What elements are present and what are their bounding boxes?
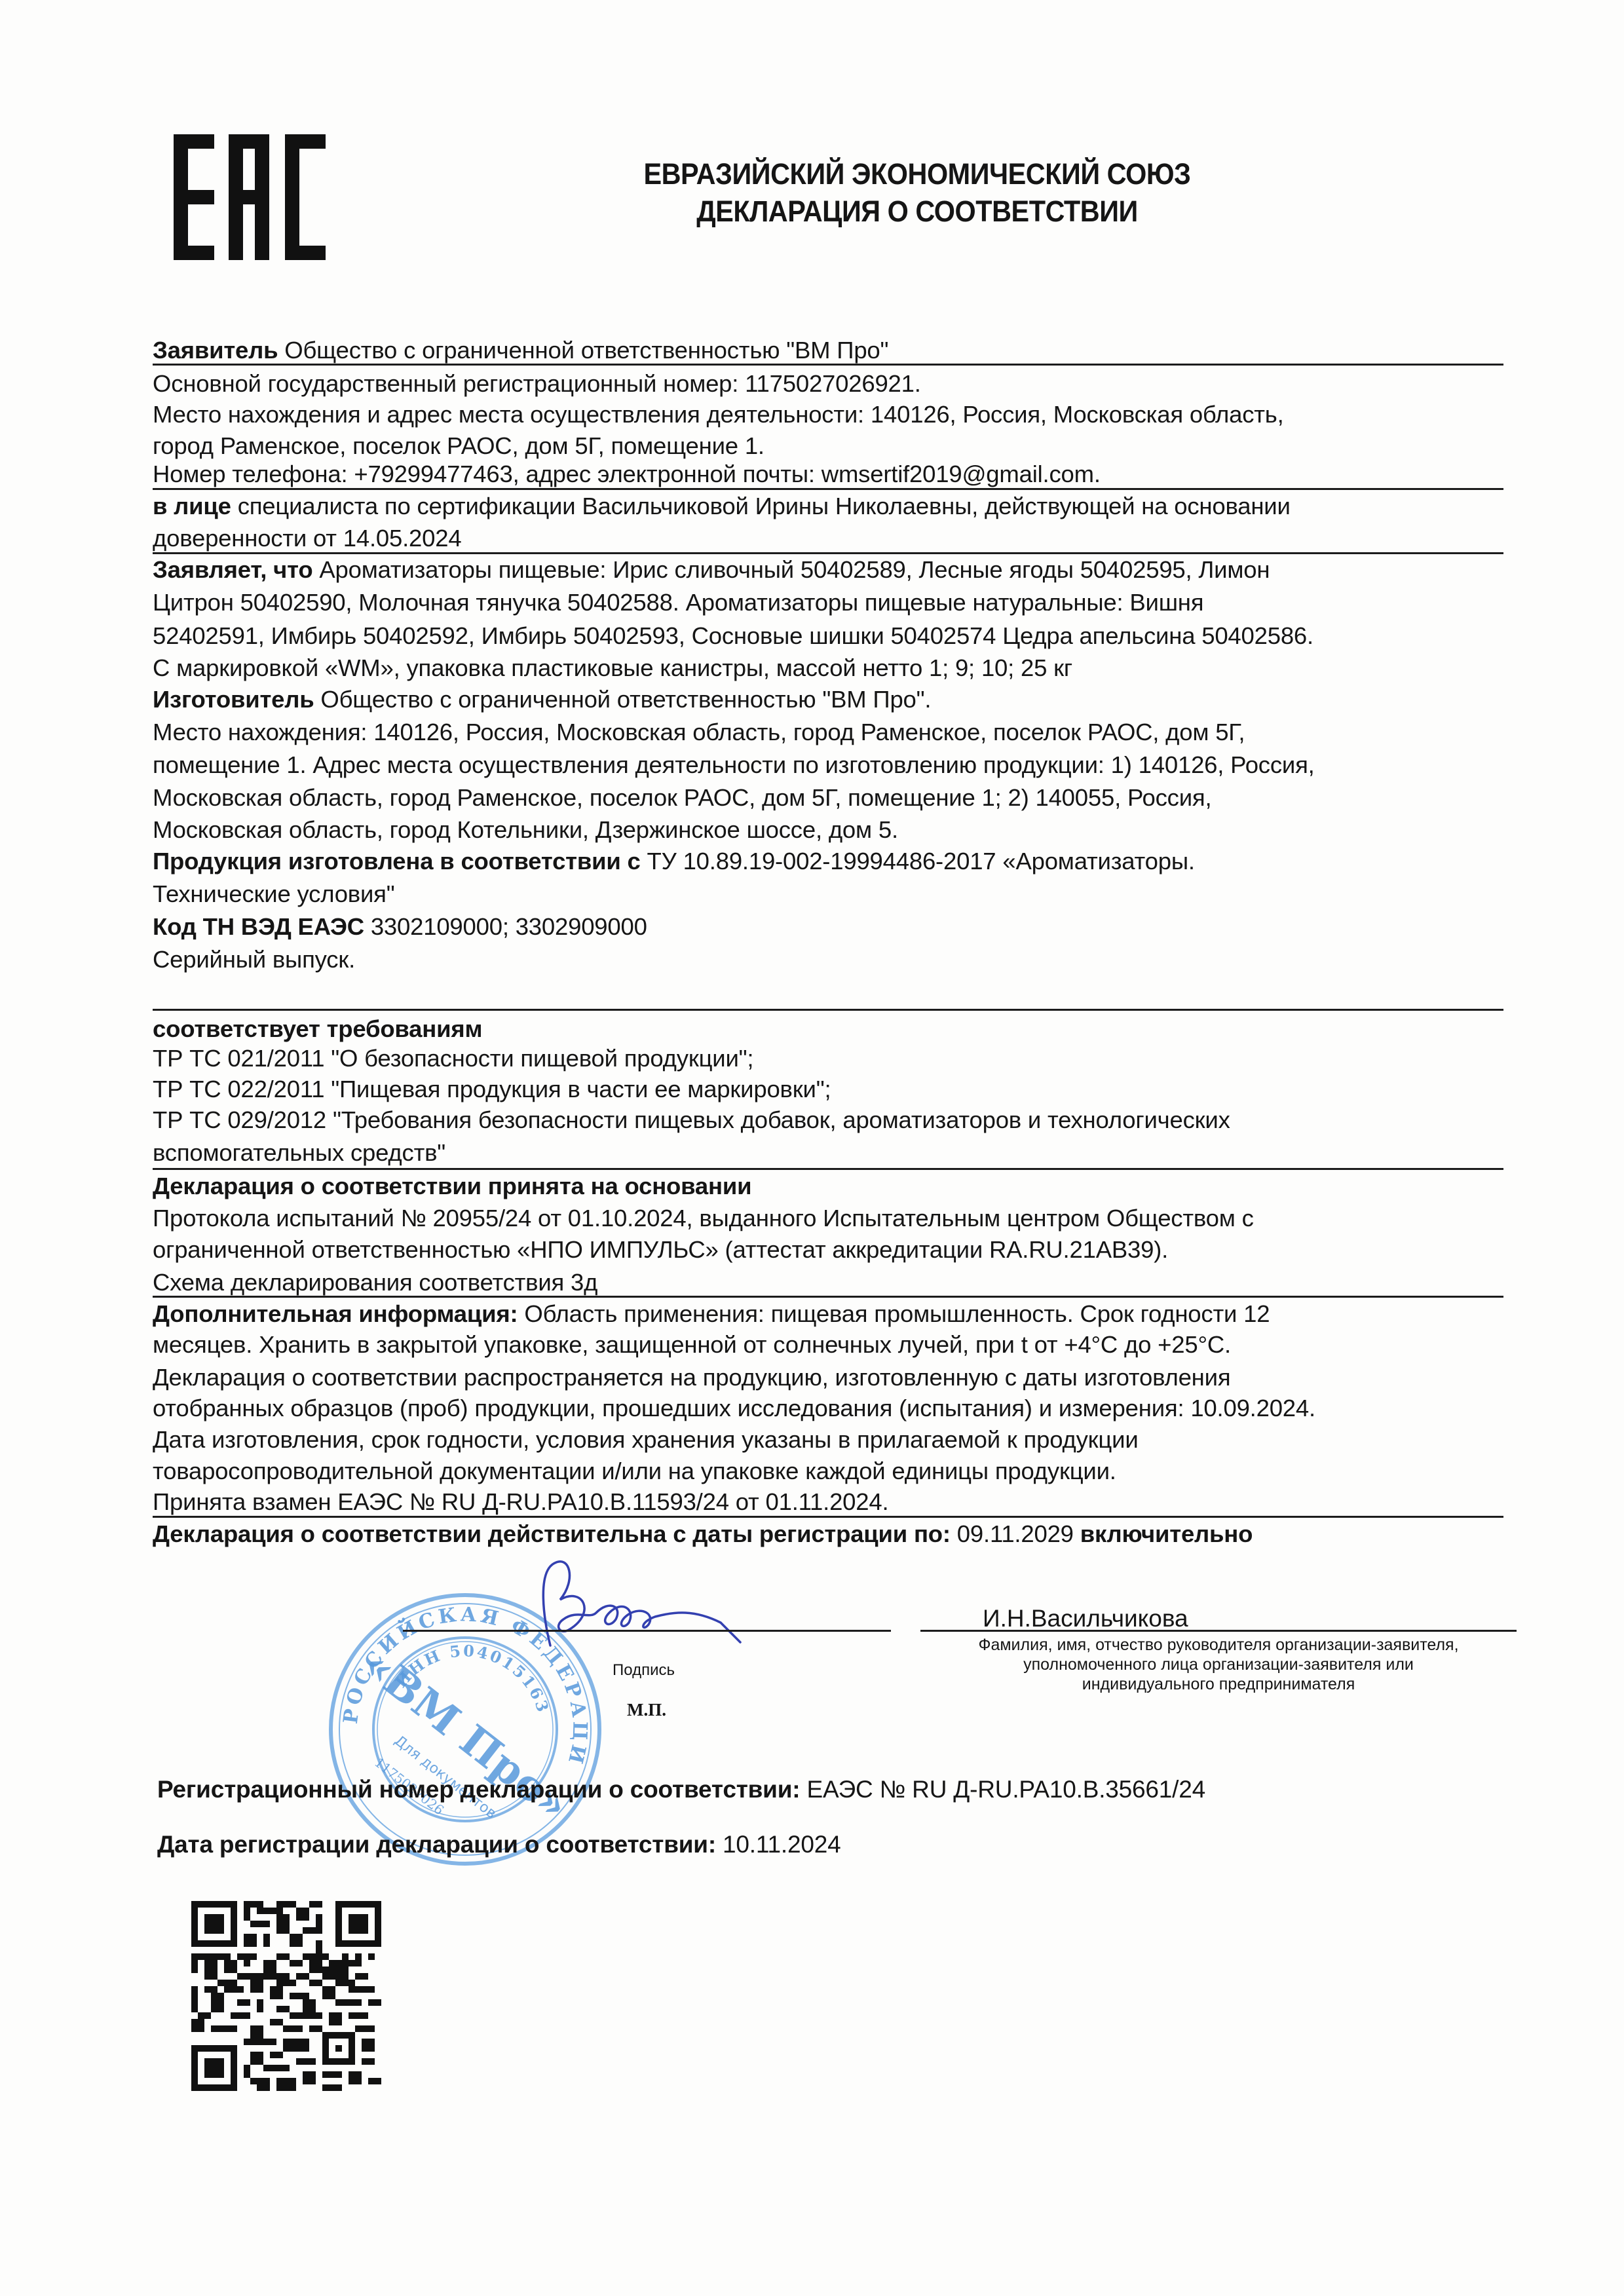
declares-label: Заявляет, что (153, 556, 312, 583)
applicant-label: Заявитель (153, 337, 278, 364)
signature-caption: Подпись (613, 1663, 675, 1678)
additional-line-2: месяцев. Хранить в закрытой упаковке, за… (153, 1333, 1231, 1357)
applicant-contacts: Номер телефона: +79299477463, адрес элек… (153, 462, 1101, 487)
hs-code-row: Код ТН ВЭД ЕАЭС 3302109000; 3302909000 (153, 915, 647, 939)
hs-code-value: 3302109000; 3302909000 (364, 913, 647, 940)
additional-line-4: отобранных образцов (проб) продукции, пр… (153, 1397, 1315, 1421)
document-title: ДЕКЛАРАЦИЯ О СООТВЕТСТВИИ (567, 195, 1266, 229)
manufacturer-address-4: Московская область, город Котельники, Дз… (153, 818, 898, 842)
standard-row: Продукция изготовлена в соответствии с Т… (153, 850, 1195, 874)
divider (153, 552, 1503, 554)
additional-line-6: товаросопроводительной документации и/ил… (153, 1459, 1116, 1484)
applicant-ogrn: Основной государственный регистрационный… (153, 372, 921, 396)
registration-date-label: Дата регистрации декларации о соответств… (157, 1831, 716, 1858)
signer-name: И.Н.Васильчикова (983, 1605, 1188, 1632)
representative-line2: доверенности от 14.05.2024 (153, 527, 461, 551)
hs-code-label: Код ТН ВЭД ЕАЭС (153, 913, 364, 940)
manufacturer-row: Изготовитель Общество с ограниченной отв… (153, 688, 931, 712)
registration-number-label: Регистрационный номер декларации о соотв… (157, 1776, 800, 1803)
requirement-item-1: ТР ТС 021/2011 "О безопасности пищевой п… (153, 1047, 753, 1071)
additional-label: Дополнительная информация: (153, 1300, 518, 1327)
signer-name-line (920, 1630, 1517, 1632)
additional-line-5: Дата изготовления, срок годности, услови… (153, 1428, 1139, 1452)
registration-number-value: ЕАЭС № RU Д-RU.РА10.В.35661/24 (800, 1776, 1205, 1803)
declaration-scheme: Схема декларирования соответствия 3д (153, 1271, 597, 1295)
applicant-address-line2: город Раменское, поселок РАОС, дом 5Г, п… (153, 434, 765, 459)
release-type: Серийный выпуск. (153, 948, 355, 972)
manufacturer-label: Изготовитель (153, 686, 314, 713)
qr-code-icon[interactable] (191, 1901, 381, 2091)
additional-line-3: Декларация о соответствии распространяет… (153, 1366, 1230, 1390)
signer-caption: Фамилия, имя, отчество руководителя орга… (920, 1635, 1517, 1694)
seal-place-caption: М.П. (627, 1700, 666, 1720)
registration-date-row: Дата регистрации декларации о соответств… (157, 1832, 840, 1856)
divider (153, 488, 1503, 490)
declares-line-4: С маркировкой «WM», упаковка пластиковые… (153, 656, 1072, 681)
validity-suffix: включительно (1074, 1520, 1253, 1547)
applicant-name: Общество с ограниченной ответственностью… (278, 337, 888, 364)
declares-line-1: Заявляет, что Ароматизаторы пищевые: Ири… (153, 558, 1270, 582)
validity-date: 09.11.2029 (951, 1520, 1074, 1547)
declares-line-2: Цитрон 50402590, Молочная тянучка 504025… (153, 591, 1203, 615)
requirement-item-3: ТР ТС 029/2012 "Требования безопасности … (153, 1108, 1230, 1133)
standard-value: ТУ 10.89.19-002-19994486-2017 «Ароматиза… (641, 848, 1195, 875)
registration-number-row: Регистрационный номер декларации о соотв… (157, 1777, 1205, 1801)
requirement-item-2: ТР ТС 022/2011 "Пищевая продукция в част… (153, 1078, 831, 1102)
declares-line-3: 52402591, Имбирь 50402592, Имбирь 504025… (153, 624, 1313, 649)
eac-logo-icon (174, 134, 326, 260)
divider (153, 1296, 1503, 1298)
applicant-row: Заявитель Общество с ограниченной ответс… (153, 339, 888, 363)
representative-line1: в лице специалиста по сертификации Васил… (153, 495, 1291, 519)
divider (153, 1009, 1503, 1011)
standard-label: Продукция изготовлена в соответствии с (153, 848, 641, 875)
validity-row: Декларация о соответствии действительна … (153, 1522, 1253, 1547)
signature-line (403, 1630, 891, 1632)
basis-label: Декларация о соответствии принята на осн… (153, 1175, 751, 1199)
divider (153, 1168, 1503, 1170)
handwritten-signature (524, 1554, 773, 1652)
basis-line-1: Протокола испытаний № 20955/24 от 01.10.… (153, 1207, 1254, 1231)
document-header-union: ЕВРАЗИЙСКИЙ ЭКОНОМИЧЕСКИЙ СОЮЗ (567, 157, 1266, 191)
replaced-declaration: Принята взамен ЕАЭС № RU Д-RU.РА10.В.115… (153, 1490, 888, 1515)
manufacturer-address-3: Московская область, город Раменское, пос… (153, 786, 1211, 810)
standard-line2: Технические условия" (153, 882, 395, 907)
manufacturer-address-2: помещение 1. Адрес места осуществления д… (153, 753, 1315, 778)
applicant-address-line1: Место нахождения и адрес места осуществл… (153, 403, 1284, 427)
manufacturer-address-1: Место нахождения: 140126, Россия, Москов… (153, 721, 1245, 745)
divider (153, 1516, 1503, 1518)
requirements-label: соответствует требованиям (153, 1017, 482, 1042)
basis-line-2: ограниченной ответственностью «НПО ИМПУЛ… (153, 1238, 1168, 1262)
divider (153, 364, 1503, 366)
requirement-item-3-cont: вспомогательных средств" (153, 1141, 445, 1165)
registration-date-value: 10.11.2024 (716, 1831, 841, 1858)
manufacturer-name: Общество с ограниченной ответственностью… (314, 686, 931, 713)
representative-label: в лице (153, 493, 231, 519)
additional-line-1: Дополнительная информация: Область приме… (153, 1302, 1270, 1327)
validity-label: Декларация о соответствии действительна … (153, 1520, 951, 1547)
